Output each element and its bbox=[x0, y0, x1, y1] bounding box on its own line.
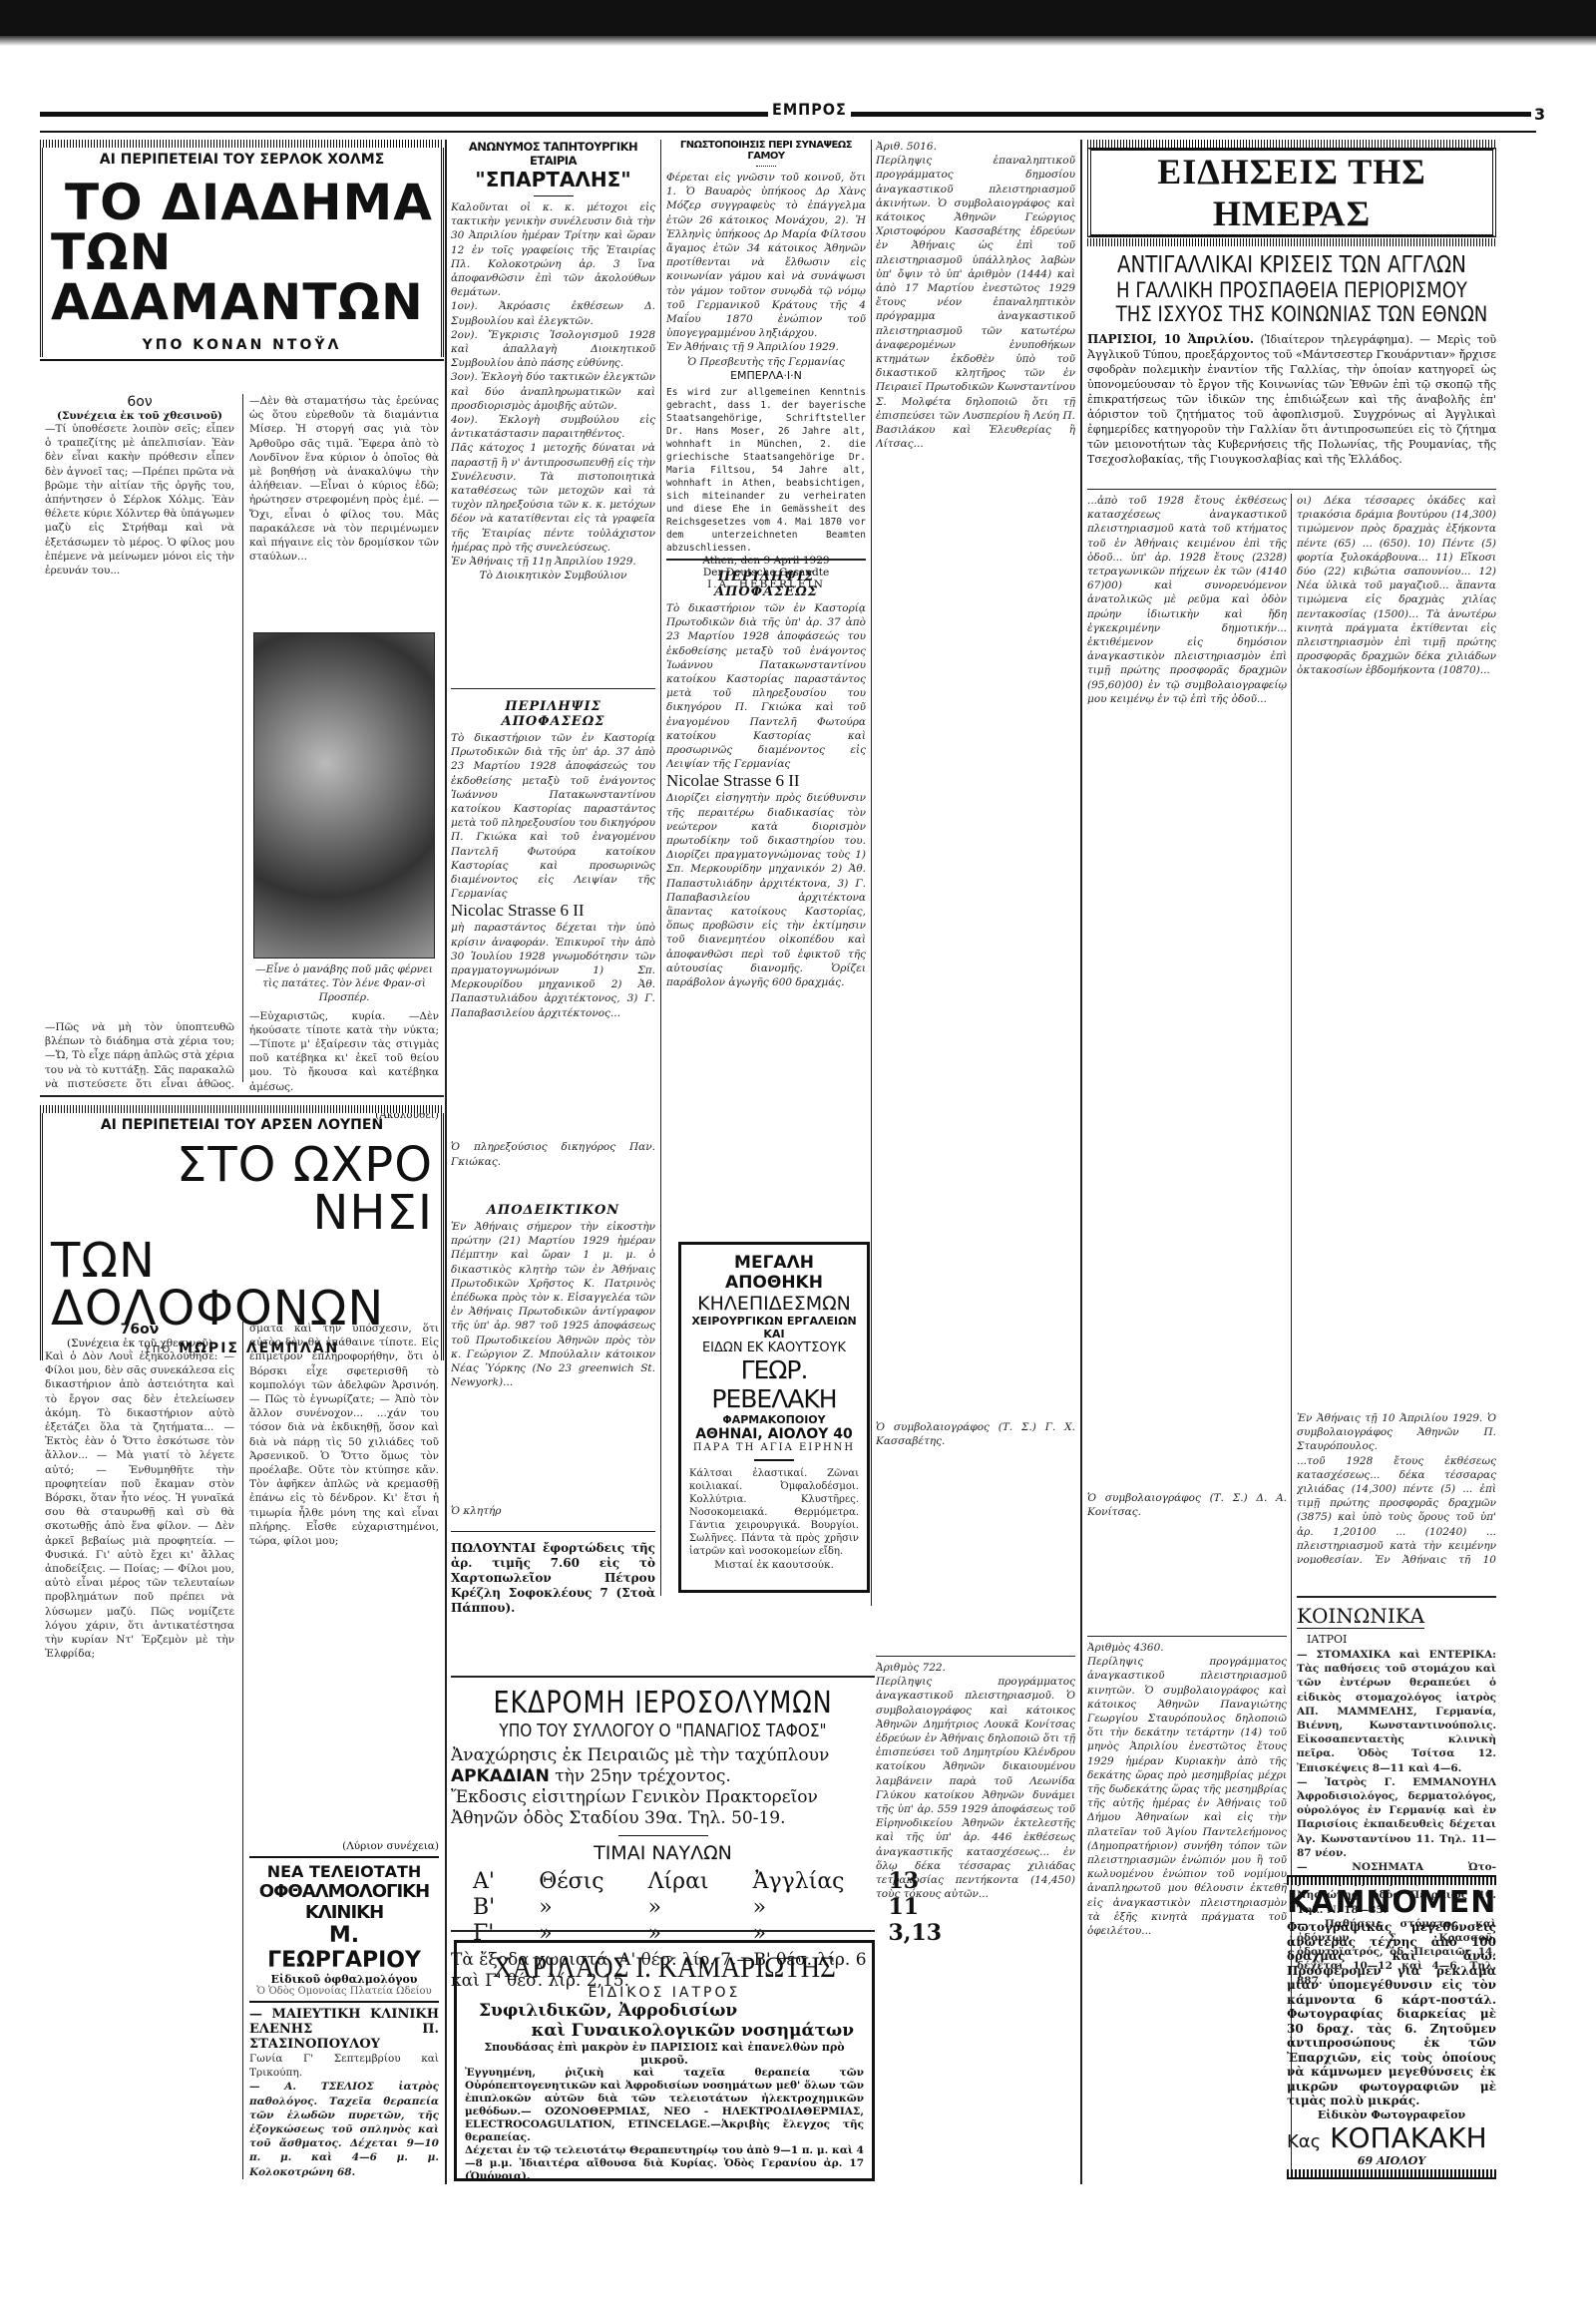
lupin-col-right: σματα καὶ τὴν ὑπόσχεσιν, ὅτι αὐτὸς δὲν θ… bbox=[249, 1322, 439, 2179]
section-divider bbox=[1087, 1636, 1287, 1637]
fare-price: 13 bbox=[867, 1868, 965, 1894]
sherlock-col-right: —Δὲν θὰ σταματήσω τὰς ἐρεύνας ὡς ὅτου εὑ… bbox=[249, 394, 439, 1121]
ad-line: ΠΑΡΑ ΤΗ ΑΓΙΑ ΕΙΡΗΝΗ bbox=[689, 1442, 859, 1453]
chapter-number: 76ον bbox=[45, 1322, 234, 1338]
ad-title: — ΜΑΙΕΥΤΙΚΗ ΚΛΙΝΙΚΗ ΕΛΕΝΗΣ Π. ΣΤΑΣΙΝΟΠΟΥ… bbox=[249, 2007, 439, 2052]
newspaper-title: ΕΜΠΡΟΣ bbox=[768, 100, 851, 119]
serial-byline: ΥΠΟ ΚΟΝΑΝ ΝΤΟΫΛ bbox=[40, 333, 444, 357]
serial-kicker: ΑΙ ΠΕΡΙΠΕΤΕΙΑΙ ΤΟΥ ΑΡΣΕΝ ΛΟΥΠΕΝ bbox=[40, 1113, 444, 1137]
ad-line: ΦΑΡΜΑΚΟΠΟΙΟΥ bbox=[689, 1413, 859, 1426]
fare-cell: » bbox=[517, 1894, 625, 1920]
notice-body: Φέρεται εἰς γνῶσιν τοῦ κοινοῦ, ὅτι 1. Ὁ … bbox=[666, 171, 866, 340]
subsection-title: ΙΑΤΡΟΙ bbox=[1307, 1633, 1496, 1646]
decision-body: Τὸ δικαστήριον τῶν ἐν Καστορίᾳ Πρωτοδικῶ… bbox=[666, 601, 866, 771]
fare-cell: » bbox=[731, 1894, 867, 1920]
section-title: ΕΙΔΗΣΕΙΣ ΤΗΣ ΗΜΕΡΑΣ bbox=[1091, 151, 1492, 234]
page-number: 3 bbox=[1531, 105, 1548, 124]
ad-line: ΟΦΘΑΛΜΟΛΟΓΙΚΗ ΚΛΙΝΙΚΗ bbox=[249, 1881, 439, 1923]
agenda-item: 4ον). Ἐκλογὴ συμβούλου εἰς ἀντικατάστασι… bbox=[451, 413, 655, 441]
continued-note: (Συνέχεια ἐκ τοῦ χθεσινοῦ) bbox=[45, 410, 234, 422]
section-divider bbox=[451, 1676, 875, 1678]
signoff-date: Ἐν Ἀθήναις τῇ 11ῃ Ἀπριλίου 1929. bbox=[451, 555, 655, 569]
apodeiktikon-body: Ἐν Ἀθήναις σήμερον τὴν εἰκοστὴν πρώτην (… bbox=[451, 1220, 655, 1504]
auction-body: ...ἀπὸ τοῦ 1928 ἔτους ἐκθέσεως κατασχέσε… bbox=[1087, 494, 1287, 1491]
auction-number: Ἀριθμὸς 722. bbox=[876, 1661, 1075, 1675]
auction-signoff: Ὁ συμβολαιογράφος (Τ. Σ.) Γ. Χ. Κασσαβέτ… bbox=[876, 1420, 1075, 1448]
kopakaki-ad: ΚΑΜΝΟΜΕΝ Φωτογραφικὰς μεγεθύνσεις ἀνωτέρ… bbox=[1287, 1875, 1496, 2179]
hatch-divider bbox=[1087, 238, 1496, 246]
ad-line: Εἰδικοῦ ὀφθαλμολόγου bbox=[249, 1973, 439, 1986]
agenda-item: 2ον). Ἔγκρισις Ἰσολογισμοῦ 1928 καὶ ἀπαλ… bbox=[451, 328, 655, 371]
section-divider bbox=[1087, 489, 1496, 490]
column-rule bbox=[242, 1322, 243, 2179]
inventory-body-2: ...τοῦ 1928 ἔτους ἐκθέσεως κατασχέσεως..… bbox=[1297, 1454, 1496, 1564]
ad-line: ΝΕΑ ΤΕΛΕΙΟΤΑΤΗ bbox=[249, 1862, 439, 1881]
ad-line: ΜΕΓΑΛΗ ΑΠΟΘΗΚΗ bbox=[689, 1253, 859, 1293]
scan-border-top bbox=[0, 0, 1596, 36]
decision-address: Nicolac Strasse 6 II bbox=[451, 901, 655, 921]
scan-border-fade bbox=[0, 36, 1596, 46]
inventory-list: οι) Δέκα τέσσαρες ὀκάδες καὶ τριακόσια δ… bbox=[1297, 494, 1496, 1564]
column-rule bbox=[660, 140, 661, 1596]
ad-title: ΚΑΜΝΟΜΕΝ bbox=[1287, 1885, 1496, 1920]
auction-notices: Ἀριθ. 5016. Περίληψις ἐπαναληπτικοῦ προγ… bbox=[876, 140, 1075, 1449]
serial-body-end: —Πῶς νὰ μὴ τὸν ὑποπτευθῶ βλέπων τὸ διάδη… bbox=[45, 1020, 234, 1090]
inventory-signoff: Ἐν Ἀθήναις τῇ 10 Ἀπριλίου 1929. Ὁ συμβολ… bbox=[1297, 1411, 1496, 1454]
serial-body: —Τί ὑποθέσετε λοιπὸν σεῖς; εἶπεν ὁ τραπε… bbox=[45, 422, 234, 1020]
column-rule bbox=[871, 140, 872, 1606]
section-divider bbox=[876, 1656, 1075, 1657]
fare-cell: Θέσις bbox=[517, 1868, 625, 1894]
dateline: ΠΑΡΙΣΙΟΙ, 10 Ἀπριλίου. bbox=[1087, 332, 1254, 346]
name-prefix: Κας bbox=[1287, 2131, 1321, 2152]
ad-studied: Σπουδάσας ἐπὶ μακρὸν ἐν ΠΑΡΙΣΙΟΙΣ καὶ ἐπ… bbox=[465, 2041, 864, 2067]
serial-body-right: σματα καὶ τὴν ὑπόσχεσιν, ὅτι αὐτὸς δὲν θ… bbox=[249, 1322, 439, 1840]
column-rule bbox=[242, 394, 243, 1082]
dateline-note: (Ἰδιαίτερον τηλεγράφημα). bbox=[1260, 333, 1412, 346]
fare-row: Α'ΘέσιςΛίραιἈγγλίας13 bbox=[451, 1868, 964, 1894]
fare-row: Β'»»»11 bbox=[451, 1894, 964, 1920]
ad-title: ΕΙΔΙΚΟΣ ΙΑΤΡΟΣ bbox=[465, 1985, 864, 2001]
chapter-number: 6ον bbox=[45, 394, 234, 410]
section-divider bbox=[451, 1930, 875, 1932]
fare-price: 3,13 bbox=[867, 1920, 965, 1946]
notice-signoff: Ὁ Πρεσβευτὴς τῆς Γερμανίας bbox=[666, 355, 866, 369]
ad-address: 69 ΑΙΟΛΟΥ bbox=[1287, 2154, 1496, 2167]
decision-notice-1: ΠΕΡΙΛΗΨΙΣ ΑΠΟΦΑΣΕΩΣ Τὸ δικαστήριον τῶν ἐ… bbox=[451, 693, 655, 1169]
fares-title: ΤΙΜΑΙ ΝΑΥΛΩΝ bbox=[451, 1842, 875, 1864]
serial-title-line1: ΣΤΟ ΩΧΡΟ ΝΗΣΙ bbox=[51, 1141, 433, 1237]
ad-specialty: καὶ Γυναικολογικῶν νοσημάτων bbox=[465, 2021, 864, 2041]
decision-body-end: μὴ παραστάντος δέχεται τὴν ὑπὸ κρίσιν ἀν… bbox=[451, 921, 655, 1140]
ad-body: Κάλτσαι ἐλαστικαί. Ζῶναι κοιλιακαί. Ὀμφα… bbox=[689, 1467, 859, 1558]
column-rule bbox=[1080, 140, 1082, 2184]
ad-address: Γωνία Γ' Σεπτεμβρίου καὶ Τρικούπη. bbox=[249, 2052, 439, 2080]
ad-title: ΕΚΔΡΟΜΗ ΙΕΡΟΣΟΛΥΜΩΝ bbox=[483, 1686, 843, 1721]
doctor-listing: — Ἰατρὸς Γ. ΕΜΜΑΝΟΥΗΛ Ἀφροδισιολόγος, δε… bbox=[1297, 1775, 1496, 1860]
section-divider bbox=[666, 559, 866, 561]
ad-line: ΧΕΙΡΟΥΡΓΙΚΩΝ ΕΡΓΑΛΕΙΩΝ bbox=[689, 1315, 859, 1328]
hatch-divider bbox=[1287, 1875, 1496, 1885]
spartalis-notice: ΑΝΩΝΥΜΟΣ ΤΑΠΗΤΟΥΡΓΙΚΗ ΕΤΑΙΡΙΑ "ΣΠΑΡΤΑΛΗΣ… bbox=[451, 140, 655, 582]
section-divider bbox=[40, 1095, 444, 1097]
headline-2: Η ΓΑΛΛΙΚΗ ΠΡΟΣΠΑΘΕΙΑ ΠΕΡΙΟΡΙΣΜΟΥ bbox=[1116, 278, 1468, 302]
notice-german: Es wird zur allgemeinen Kenntnis gebrach… bbox=[666, 386, 866, 555]
serial-title-line1: ΤΟ ΔΙΑΔΗΜΑ bbox=[51, 178, 433, 227]
decision-body: Τὸ δικαστήριον τῶν ἐν Καστορίᾳ Πρωτοδικῶ… bbox=[451, 731, 655, 901]
agenda-item: 3ον). Ἐκλογὴ δύο τακτικῶν ἐλεγκτῶν καὶ δ… bbox=[451, 370, 655, 413]
ad-label: Εἰδικὸν Φωτογραφεῖον bbox=[1287, 2108, 1496, 2121]
ad-name: ΓΕΩΡ. ΡΕΒΕΛΑΚΗ bbox=[689, 1355, 859, 1413]
notice-body-end: Πᾶς κάτοχος 1 μετοχῆς δύναται νὰ παραστῇ… bbox=[451, 441, 655, 555]
pamphlet-ad: ΠΩΛΟΥΝΤΑΙ ἔφορτώδεις τῆς ἀρ. τιμῆς 7.60 … bbox=[451, 1541, 655, 1616]
hatch-divider bbox=[1087, 140, 1496, 148]
decision-signoff: Ὁ πληρεξούσιος δικηγόρος Παν. Γκιώκας. bbox=[451, 1140, 655, 1168]
news-section: ΕΙΔΗΣΕΙΣ ΤΗΣ ΗΜΕΡΑΣ ΑΝΤΙΓΑΛΛΙΚΑΙ ΚΡΙΣΕΙΣ… bbox=[1087, 140, 1496, 467]
fare-cell: Ἀγγλίας bbox=[731, 1868, 867, 1894]
ad-body: Ἐγγυημένη, ῥιζικὴ καὶ ταχεῖα θεραπεία τῶ… bbox=[465, 2067, 864, 2144]
notice-title: ΑΝΩΝΥΜΟΣ ΤΑΠΗΤΟΥΡΓΙΚΗ ΕΤΑΙΡΙΑ bbox=[451, 140, 655, 168]
hatch-divider bbox=[1287, 2169, 1496, 2179]
decision-notice-2: ΠΕΡΙΛΗΨΙΣ ΑΠΟΦΑΣΕΩΣ Τὸ δικαστήριον τῶν ἐ… bbox=[666, 564, 866, 1220]
serial-body: Καὶ ὁ Δὸν Λουῒ ἐξηκολούθησε: — Φίλοι μου… bbox=[45, 1349, 234, 2187]
fare-cell: » bbox=[626, 1894, 731, 1920]
ad-address: Ὁ Ὁδὸς Ομονοίας Πλατεία Ωδείου bbox=[249, 1986, 439, 1997]
auction-body: Περίληψις προγράμματος ἀναγκαστικοῦ πλει… bbox=[1087, 1655, 1287, 2173]
section-title: ΚΟΙΝΩΝΙΚΑ bbox=[1297, 1604, 1424, 1629]
ad-body: Φωτογραφικὰς μεγεθύνσεις ἀνωτέρας τέχνης… bbox=[1287, 1920, 1496, 2108]
auction-continued: ...ἀπὸ τοῦ 1928 ἔτους ἐκθέσεως κατασχέσε… bbox=[1087, 494, 1287, 1519]
departure-date: τὴν 25ην τρέχοντος. bbox=[555, 1766, 731, 1786]
ad-name: Μ. ΓΕΩΡΓΑΡΙΟΥ bbox=[249, 1923, 439, 1973]
section-divider bbox=[451, 688, 655, 689]
section-divider bbox=[451, 1531, 655, 1532]
serial-body-right-end: —Εὐχαριστῶς, κυρία. —Δὲν ἠκούσατε τίποτε… bbox=[249, 1009, 439, 1109]
headline-1: ΑΝΤΙΓΑΛΛΙΚΑΙ ΚΡΙΣΕΙΣ ΤΩΝ ΑΓΓΛΩΝ bbox=[1116, 252, 1468, 278]
apodeiktikon-notice: ΑΠΟΔΕΙΚΤΙΚΟΝ Ἐν Ἀθήναις σήμερον τὴν εἰκο… bbox=[451, 1197, 655, 1518]
continued-note: (Συνέχεια ἐκ τοῦ χθεσινοῦ) bbox=[45, 1338, 234, 1349]
doctor-listing: — ΣΤΟΜΑΧΙΚΑ καὶ ΕΝΤΕΡΙΚΑ: Τὰς παθήσεις τ… bbox=[1297, 1648, 1496, 1775]
marriage-notice: ΓΝΩΣΤΟΠΟΙΗΣΙΣ ΠΕΡΙ ΣΥΝΑΨΕΩΣ ΓΑΜΟΥ Φέρετα… bbox=[666, 140, 866, 590]
auction-number: Ἀριθ. 5016. bbox=[876, 140, 1075, 154]
auction-body: Περίληψις ἐπαναληπτικοῦ προγράμματος δημ… bbox=[876, 154, 1075, 1420]
fare-class: Β' bbox=[451, 1894, 517, 1920]
headline-3: ΤΗΣ ΙΣΧΥΟΣ ΤΗΣ ΚΟΙΝΩΝΙΑΣ ΤΩΝ ΕΘΝΩΝ bbox=[1116, 302, 1468, 326]
lupin-col-left: 76ον (Συνέχεια ἐκ τοῦ χθεσινοῦ) Καὶ ὁ Δὸ… bbox=[45, 1322, 234, 2187]
ad-address: ΑΘΗΝΑΙ, ΑΙΟΛΟΥ 40 bbox=[689, 1426, 859, 1442]
hatch-divider bbox=[40, 140, 444, 148]
pamphlet-text: ΠΩΛΟΥΝΤΑΙ ἔφορτώδεις τῆς ἀρ. τιμῆς 7.60 … bbox=[451, 1541, 655, 1616]
apodeiktikon-title: ΑΠΟΔΕΙΚΤΙΚΟΝ bbox=[451, 1203, 655, 1218]
to-be-continued: (Λύριον συνέχεια) bbox=[249, 1840, 439, 1852]
decision-body-end: Διορίζει εἰσηγητὴν πρὸς διεύθυνσιν τῆς π… bbox=[666, 791, 866, 1220]
ad-subtitle: ΥΠΟ ΤΟΥ ΣΥΛΛΟΓΟΥ Ο "ΠΑΝΑΓΙΟΣ ΤΑΦΟΣ" bbox=[483, 1721, 843, 1741]
ad-name: ΚΟΠΑΚΑΚΗ bbox=[1330, 2121, 1487, 2154]
kamariotis-ad: ΧΑΡΙΛΑΟΣ Ι. ΚΑΜΑΡΙΩΤΗΣ ΕΙΔΙΚΟΣ ΙΑΤΡΟΣ Συ… bbox=[454, 1940, 875, 2181]
serial-body-right: —Δὲν θὰ σταματήσω τὰς ἐρεύνας ὡς ὅτου εὑ… bbox=[249, 394, 439, 628]
notice-title: ΓΝΩΣΤΟΠΟΙΗΣΙΣ ΠΕΡΙ ΣΥΝΑΨΕΩΣ ΓΑΜΟΥ bbox=[666, 140, 866, 162]
illustration-photo bbox=[253, 632, 435, 958]
notice-signature: ΕΜΠΕΡΛΑ·Ι·Ν bbox=[666, 369, 866, 382]
inventory-body: οι) Δέκα τέσσαρες ὀκάδες καὶ τριακόσια δ… bbox=[1297, 494, 1496, 1411]
apodeiktikon-signoff: Ὁ κλητήρ bbox=[451, 1504, 655, 1518]
ad-hours: Δέχεται ἐν τῷ τελειοτάτῳ Θεραπευτηρίῳ το… bbox=[465, 2144, 864, 2183]
fare-price: 11 bbox=[867, 1894, 965, 1920]
maternity-ad: — ΜΑΙΕΥΤΙΚΗ ΚΛΙΝΙΚΗ ΕΛΕΝΗΣ Π. ΣΤΑΣΙΝΟΠΟΥ… bbox=[249, 2001, 439, 2179]
hatch-divider bbox=[40, 1105, 444, 1113]
section-divider bbox=[1297, 1596, 1496, 1598]
serial-title-line2: ΤΩΝ ΔΟΛΟΦΟΝΩΝ bbox=[51, 1237, 433, 1333]
sherlock-col-left: 6ον (Συνέχεια ἐκ τοῦ χθεσινοῦ) —Τί ὑποθέ… bbox=[45, 394, 234, 1090]
ad-footer: Μισταί ἐκ καουτσούκ. bbox=[689, 1558, 859, 1572]
revelakis-ad: ΜΕΓΑΛΗ ΑΠΟΘΗΚΗ ΚΗΛΕΠΙΔΕΣΜΩΝ ΧΕΙΡΟΥΡΓΙΚΩΝ… bbox=[678, 1242, 870, 1593]
ad-line: ΚΗΛΕΠΙΔΕΣΜΩΝ bbox=[689, 1293, 859, 1315]
serial-kicker: ΑΙ ΠΕΡΙΠΕΤΕΙΑΙ ΤΟΥ ΣΕΡΛΟΚ ΧΟΛΜΣ bbox=[40, 148, 444, 172]
notice-body: Καλοῦνται οἱ κ. κ. μέτοχοι εἰς τακτικὴν … bbox=[451, 200, 655, 299]
doctor-notice: — Α. ΤΣΕΛΙΟΣ ἰατρὸς παθολόγος. Ταχεῖα θε… bbox=[249, 2080, 439, 2178]
departure-text: Ἀναχώρησις ἐκ Πειραιῶς μὲ τὴν ταχύπλουν bbox=[451, 1745, 829, 1765]
serial-title-line2: ΤΩΝ ΑΔΑΜΑΝΤΩΝ bbox=[51, 227, 433, 327]
ophthalmo-ad: ΝΕΑ ΤΕΛΕΙΟΤΑΤΗ ΟΦΘΑΛΜΟΛΟΓΙΚΗ ΚΛΙΝΙΚΗ Μ. … bbox=[249, 1856, 439, 1997]
agenda-item: 1ον). Ἀκρόασις ἐκθέσεων Δ. Συμβουλίου κα… bbox=[451, 299, 655, 327]
sherlock-serial: ΑΙ ΠΕΡΙΠΕΤΕΙΑΙ ΤΟΥ ΣΕΡΛΟΚ ΧΟΛΜΣ ΤΟ ΔΙΑΔΗ… bbox=[40, 140, 444, 361]
decision-address: Nicolae Strasse 6 II bbox=[666, 771, 866, 791]
company-name: "ΣΠΑΡΤΑΛΗΣ" bbox=[451, 168, 655, 192]
fare-cell: Λίραι bbox=[626, 1868, 731, 1894]
news-body: — Μερὶς τοῦ Ἀγγλικοῦ Τύπου, προεξάρχοντο… bbox=[1087, 333, 1496, 466]
signoff: Τὸ Διοικητικὸν Συμβούλιον bbox=[451, 569, 655, 582]
auction-number: Ἀριθμὸς 4360. bbox=[1087, 1641, 1287, 1655]
auction-signoff: Ὁ συμβολαιογράφος (Τ. Σ.) Δ. Α. Κονίτσας… bbox=[1087, 1491, 1287, 1519]
ad-line: ΕΙΔΩΝ ΕΚ ΚΑΟΥΤΣΟΥΚ bbox=[689, 1341, 859, 1355]
notice-date: Ἐν Ἀθήναις τῇ 9 Ἀπριλίου 1929. bbox=[666, 340, 866, 354]
fares-table: Α'ΘέσιςΛίραιἈγγλίας13 Β'»»»11 Γ'»»»3,13 bbox=[451, 1868, 964, 1946]
decision-title: ΠΕΡΙΛΗΨΙΣ ΑΠΟΦΑΣΕΩΣ bbox=[666, 570, 866, 599]
ad-line: ΚΑΙ bbox=[689, 1328, 859, 1341]
photo-caption: —Εἶνε ὁ μανάβης ποῦ μᾶς φέρνει τὶς πατάτ… bbox=[249, 962, 439, 1005]
decision-title: ΠΕΡΙΛΗΨΙΣ ΑΠΟΦΑΣΕΩΣ bbox=[451, 699, 655, 729]
tickets-info: Ἔκδοσις εἰσιτηρίων Γενικὸν Πρακτορεῖον Ἀ… bbox=[451, 1787, 875, 1829]
ship-name: ΑΡΚΑΔΙΑΝ bbox=[451, 1766, 550, 1786]
fare-class: Α' bbox=[451, 1868, 517, 1894]
ad-specialty: Συφιλιδικῶν, Ἀφροδισίων bbox=[465, 2001, 864, 2021]
column-rule bbox=[445, 140, 447, 2184]
ad-name: ΧΑΡΙΛΑΟΣ Ι. ΚΑΜΑΡΙΩΤΗΣ bbox=[485, 1951, 844, 1985]
auction-notice-4360: Ἀριθμὸς 4360. Περίληψις προγράμματος ἀνα… bbox=[1087, 1641, 1287, 2173]
